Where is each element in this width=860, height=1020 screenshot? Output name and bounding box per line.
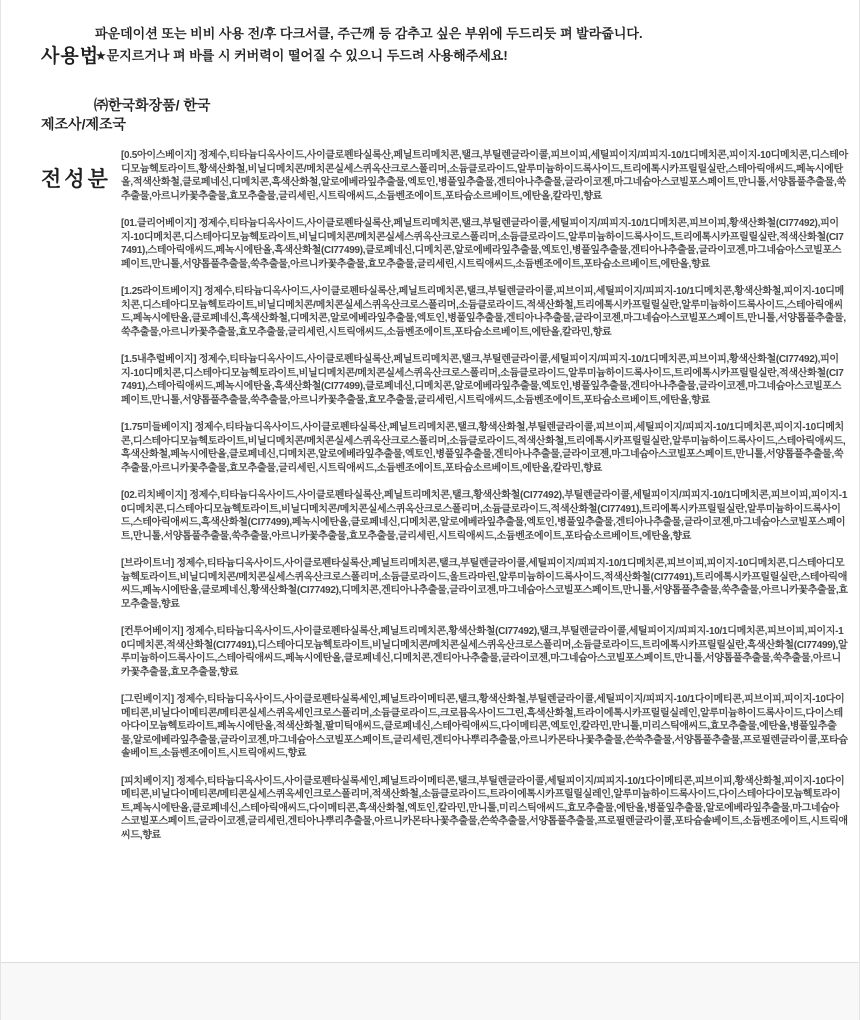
ingredients-shade-peach-beige: [피치베이지] 정제수,티타늄디옥사이드,사이클로펜타실록세인,페닐트라이메티콘… (121, 775, 848, 843)
ingredients-shade-rich-beige: [02.리치베이지] 정제수,티타늄디옥사이드,사이클로펜타실록산,페닐트리메치… (121, 489, 848, 543)
manufacturer-section-label: 제조사/제조국 (41, 114, 126, 134)
footer-divider-band (1, 962, 859, 1020)
ingredients-shade-natural-beige: [1.5내추럴베이지] 정제수,티타늄디옥사이드,사이클로펜타실록산,페닐트리메… (121, 353, 848, 407)
usage-instruction-line-2: ★문지르거나 펴 바를 시 커버력이 떨어질 수 있으니 두드려 사용해주세요! (95, 45, 815, 67)
ingredients-shade-middle-beige: [1.75미들베이지] 정제수,티타늄디옥사이드,사이클로펜타실록산,페닐트리메… (121, 421, 848, 475)
ingredients-shade-ice-beige: [0.5아이스베이지] 정제수,티타늄디옥사이드,사이클로펜타실록산,페닐트리메… (121, 149, 848, 203)
ingredients-shade-brightener: [브라이트너] 정제수,티타늄디옥사이드,사이클로펜타실록산,페닐트리메치콘,탤… (121, 557, 848, 611)
ingredients-list: [0.5아이스베이지] 정제수,티타늄디옥사이드,사이클로펜타실록산,페닐트리메… (121, 149, 848, 856)
usage-section-label: 사용법 (41, 41, 99, 68)
ingredients-shade-green-beige: [그린베이지] 정제수,티타늄디옥사이드,사이클로펜타실록세인,페닐트라이메티콘… (121, 693, 848, 761)
ingredients-shade-clear-beige: [01.클리어베이지] 정제수,티타늄디옥사이드,사이클로펜타실록산,페닐트리메… (121, 217, 848, 271)
usage-text-block: 파운데이션 또는 비비 사용 전/후 다크서클, 주근깨 등 감추고 싶은 부위… (95, 23, 815, 67)
usage-instruction-line-1: 파운데이션 또는 비비 사용 전/후 다크서클, 주근깨 등 감추고 싶은 부위… (95, 23, 815, 45)
ingredients-shade-light-beige: [1.25라이트베이지] 정제수,티타늄디옥사이드,사이클로펜타실록산,페닐트리… (121, 285, 848, 339)
manufacturer-value: ㈜한국화장품/ 한국 (94, 95, 210, 115)
product-info-page: 사용법 파운데이션 또는 비비 사용 전/후 다크서클, 주근깨 등 감추고 싶… (0, 0, 860, 1020)
ingredients-shade-contour-beige: [컨투어베이지] 정제수,티타늄디옥사이드,사이클로펜타실록산,페닐트리메치콘,… (121, 625, 848, 679)
ingredients-section-label: 전성분 (41, 163, 111, 193)
